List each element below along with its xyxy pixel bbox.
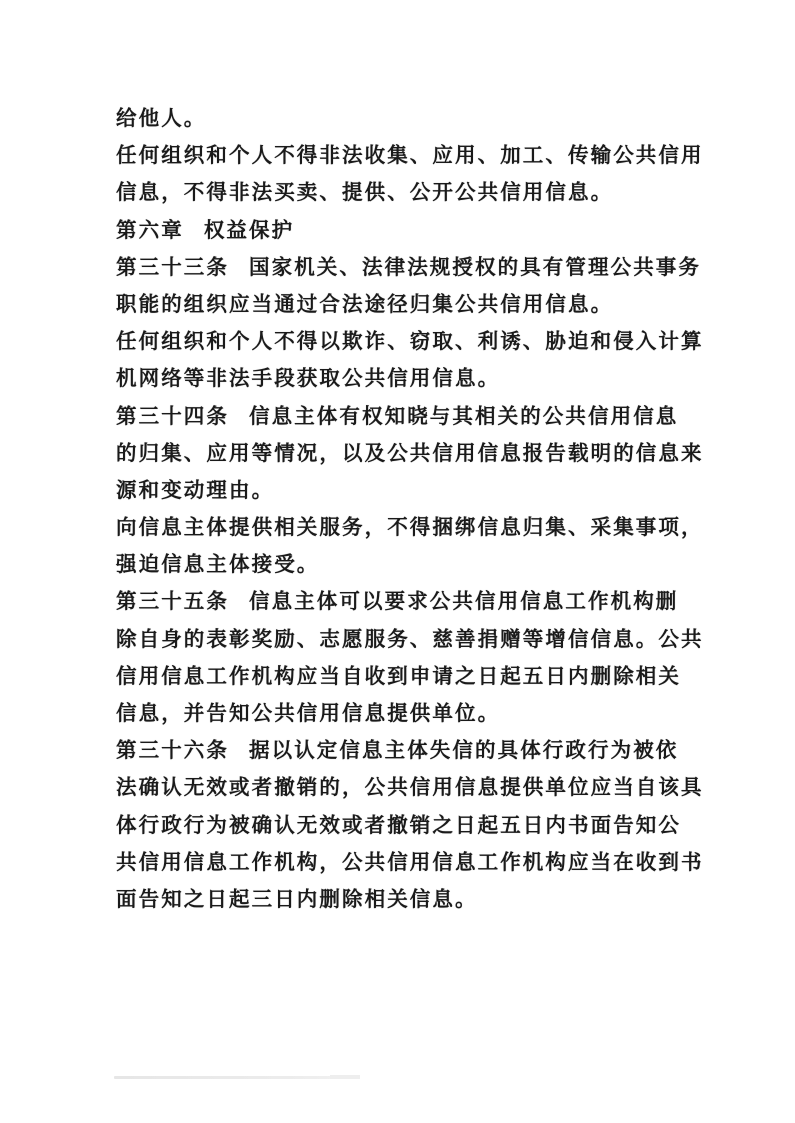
article-number: 第三十三条 [116, 255, 229, 279]
text-line: 法确认无效或者撤销的，公共信用信息提供单位应当自该具 [116, 769, 676, 806]
line-text: 除自身的表彰奖励、志愿服务、慈善捐赠等增信信息。公共 [116, 627, 704, 651]
article-line: 第三十五条信息主体可以要求公共信用信息工作机构删 [116, 583, 676, 620]
line-text: 源和变动理由。 [116, 478, 274, 502]
text-line: 信息，不得非法买卖、提供、公开公共信用信息。 [116, 174, 676, 211]
text-line: 源和变动理由。 [116, 472, 676, 509]
line-text: 法确认无效或者撤销的，公共信用信息提供单位应当自该具 [116, 775, 704, 799]
article-line: 第三十六条据以认定信息主体失信的具体行政行为被依 [116, 732, 676, 769]
text-line: 共信用信息工作机构，公共信用信息工作机构应当在收到书 [116, 844, 676, 881]
text-line: 的归集、应用等情况，以及公共信用信息报告载明的信息来 [116, 435, 676, 472]
text-line: 职能的组织应当通过合法途径归集公共信用信息。 [116, 286, 676, 323]
line-text: 体行政行为被确认无效或者撤销之日起五日内书面告知公 [116, 813, 681, 837]
document-page: 给他人。 任何组织和个人不得非法收集、应用、加工、传输公共信用 信息，不得非法买… [116, 100, 676, 918]
line-text: 信息主体有权知晓与其相关的公共信用信息 [249, 404, 678, 428]
text-line: 除自身的表彰奖励、志愿服务、慈善捐赠等增信信息。公共 [116, 621, 676, 658]
footer-mark [330, 1075, 360, 1079]
article-line: 第三十四条信息主体有权知晓与其相关的公共信用信息 [116, 398, 676, 435]
article-line: 第三十三条国家机关、法律法规授权的具有管理公共事务 [116, 249, 676, 286]
article-number: 第三十五条 [116, 589, 229, 613]
line-text: 向信息主体提供相关服务，不得捆绑信息归集、采集事项， [116, 515, 704, 539]
text-line: 强迫信息主体接受。 [116, 546, 676, 583]
footer-divider [114, 1076, 360, 1079]
line-text: 信息，不得非法买卖、提供、公开公共信用信息。 [116, 180, 613, 204]
text-line: 信息，并告知公共信用信息提供单位。 [116, 695, 676, 732]
line-text: 信息，并告知公共信用信息提供单位。 [116, 701, 500, 725]
line-text: 机网络等非法手段获取公共信用信息。 [116, 366, 500, 390]
text-line: 向信息主体提供相关服务，不得捆绑信息归集、采集事项， [116, 509, 676, 546]
text-line: 信用信息工作机构应当自收到申请之日起五日内删除相关 [116, 658, 676, 695]
chapter-title: 权益保护 [204, 218, 294, 242]
article-number: 第三十四条 [116, 404, 229, 428]
text-line: 给他人。 [116, 100, 676, 137]
line-text: 信息主体可以要求公共信用信息工作机构删 [249, 589, 678, 613]
line-text: 任何组织和个人不得非法收集、应用、加工、传输公共信用 [116, 143, 704, 167]
line-text: 国家机关、法律法规授权的具有管理公共事务 [249, 255, 701, 279]
line-text: 职能的组织应当通过合法途径归集公共信用信息。 [116, 292, 613, 316]
article-number: 第三十六条 [116, 738, 229, 762]
text-line: 体行政行为被确认无效或者撤销之日起五日内书面告知公 [116, 807, 676, 844]
text-line: 任何组织和个人不得以欺诈、窃取、利诱、胁迫和侵入计算 [116, 323, 676, 360]
line-text: 强迫信息主体接受。 [116, 552, 319, 576]
text-line: 任何组织和个人不得非法收集、应用、加工、传输公共信用 [116, 137, 676, 174]
line-text: 信用信息工作机构应当自收到申请之日起五日内删除相关 [116, 664, 681, 688]
chapter-heading: 第六章权益保护 [116, 212, 676, 249]
line-text: 面告知之日起三日内删除相关信息。 [116, 887, 478, 911]
text-line: 机网络等非法手段获取公共信用信息。 [116, 360, 676, 397]
line-text: 任何组织和个人不得以欺诈、窃取、利诱、胁迫和侵入计算 [116, 329, 704, 353]
text-line: 面告知之日起三日内删除相关信息。 [116, 881, 676, 918]
line-text: 的归集、应用等情况，以及公共信用信息报告载明的信息来 [116, 441, 704, 465]
chapter-number: 第六章 [116, 218, 184, 242]
line-text: 据以认定信息主体失信的具体行政行为被依 [249, 738, 678, 762]
line-text: 共信用信息工作机构，公共信用信息工作机构应当在收到书 [116, 850, 704, 874]
line-text: 给他人。 [116, 106, 206, 130]
